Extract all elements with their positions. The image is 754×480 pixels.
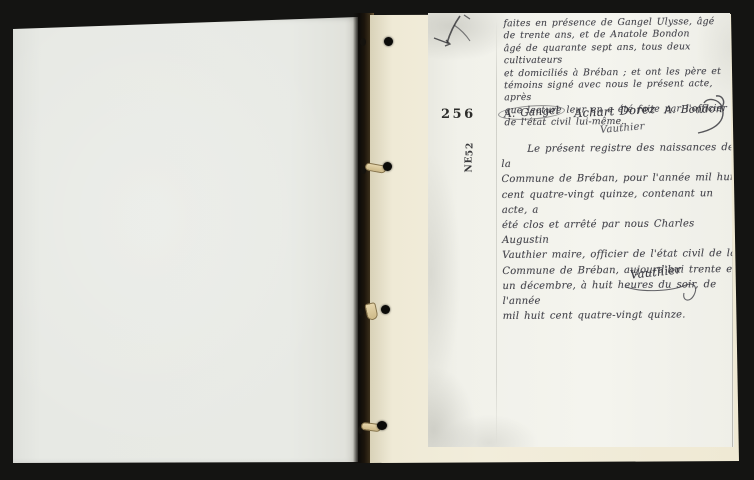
handwritten-line: cent quatre-vingt quinze, contenant un a… [502, 186, 740, 218]
left-page-hole [359, 308, 364, 316]
stamp-letters: NE [465, 155, 475, 172]
margin-rule-line [496, 19, 497, 445]
left-blank-page [13, 16, 358, 463]
handwritten-line: été clos et arrêté par nous Charles Augu… [502, 216, 740, 248]
handwritten-line: Le présent registre des naissances de la [501, 140, 739, 172]
countersignature: Vauthier [600, 121, 645, 136]
book-scan: 256 52 NE faites en présence de Gangel U… [0, 0, 754, 480]
handwritten-line: âgé de quarante sept ans, tous deux cult… [504, 41, 738, 68]
scanned-register-page: 256 52 NE faites en présence de Gangel U… [428, 13, 734, 447]
handwritten-line: Commune de Bréban, pour l'année mil huit [501, 170, 739, 187]
handwritten-line: mil huit cent quatre-vingt quinze. [503, 307, 741, 324]
handwritten-line: témoins signé avec nous le présent acte,… [504, 78, 738, 105]
handwritten-line: Vauthier maire, officier de l'état civil… [502, 246, 740, 263]
binding-hole [377, 421, 387, 430]
margin-classification-stamp: 52 NE [462, 144, 478, 169]
binding-hole [384, 37, 393, 46]
signature: A. Gangel [498, 103, 566, 122]
left-page-hole [360, 38, 366, 46]
binding-hole [383, 162, 392, 171]
signature: A. Bondon [664, 103, 722, 116]
binding-hole [381, 305, 390, 314]
register-closing-paragraph: Le présent registre des naissances de la… [501, 140, 741, 325]
signature: Achart Dorez [574, 102, 656, 120]
handwritten-line: un décembre, à huit heures du soir, de l… [502, 277, 740, 309]
stamp-number: 52 [465, 142, 475, 157]
page-number-stamp: 256 [441, 107, 476, 122]
pen-mark-icon [430, 13, 492, 61]
